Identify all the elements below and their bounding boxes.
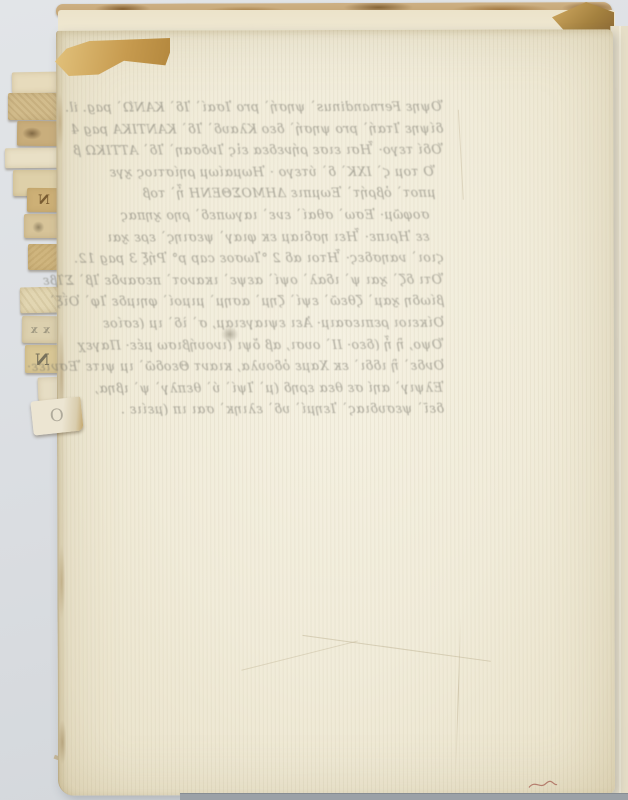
parchment-tab-folded: O [30, 396, 83, 435]
parchment-tab [5, 148, 59, 169]
bleedthrough-line: Ὅδί τεγο· Ἧσι εισε ρήνεδεα εἰς Ἰνδσαη` Ἰ… [130, 139, 443, 161]
bleedthrough-line: Ἑλψιγ` αηί σε θεα ερηδ (μ` Ἰψί` ύ` θεπλγ… [131, 376, 444, 398]
bleedthrough-line: μποτ` ὀβρήτ` Ἑωμπιε ΔΗΜΟΣΘΕΝΗ ἧ` τοβ [130, 182, 443, 204]
parchment-tab [8, 93, 58, 120]
bleedthrough-line: εε Ἠριπε· Ἦει ησδιαμ εκ φιαγ` ψεσιης` ερ… [131, 225, 444, 247]
bleedthrough-line: δεῖ` ψεσυδιας` Ἰεημί` υδ` ελιηκ` σαι ιπ … [131, 398, 444, 420]
bleedthrough-line: Ὀίκειοι ρεπιεσαιμ· Ἀει εψιαγειαμ, σ` ὶδ`… [131, 312, 444, 334]
wrinkle-line [241, 640, 358, 670]
ink-smudge [221, 326, 239, 342]
bleedthrough-text: Ὅψηε Fernandinus` ψησή` pro Ἰσαί` Ἰδ` ΚΑ… [130, 96, 444, 427]
bleedthrough-line: Ὅτι δζ` ϗαι ψ` ιδαλ` οψί` αεψε` ικανοτ` … [131, 268, 444, 290]
manuscript-page: Ὅψηε Fernandinus` ψησή` pro Ἰσαί` Ἰδ` ΚΑ… [56, 29, 615, 795]
bleedthrough-line: Ὀνδε` ἢ ιδδι` εκ Χαμε ὀδουλα, κιαντ Θεοδ… [131, 355, 444, 377]
manuscript-scan: N x x N Ὅψηε Fernandinus` ψησή` pro Ἰσαί… [0, 0, 628, 800]
bleedthrough-line: ϛιοι` ναησδες· Ἦτοι αδ 2 °Ἰωσοε cap p° Ῥ… [131, 247, 444, 269]
tab-letter: x x [30, 323, 50, 336]
bleedthrough-line: Ὅ τομ ϛ` ΙΧΚ` δ` ύτεγο · Ἡωμαίωμ ρηίστιο… [130, 160, 443, 182]
parchment-tab [24, 214, 60, 238]
bleedthrough-line: Ὅψηε Fernandinus` ψησή` pro Ἰσαί` Ἰδ` ΚΑ… [130, 96, 443, 118]
wrinkle-line [458, 110, 464, 200]
tab-letter: O [49, 405, 65, 426]
parchment-tab: N [27, 188, 60, 212]
scanner-shadow-strip [180, 793, 628, 800]
bleedthrough-line: Ὅψο, ἢ ἧ (δεο· ΙΙ` ουσι, αβ ὄψι (ινουήβι… [131, 333, 444, 355]
bleedthrough-line: δίψηε Ἰταή` pro ψησή` δεο Κλαυδ` Ἰδ` ΚΑΝ… [130, 117, 443, 139]
parchment-tab: x x [22, 316, 58, 343]
wrinkle-line [302, 635, 490, 662]
tab-letter: N [37, 192, 49, 207]
parchment-tab [28, 244, 60, 270]
crease-line-vertical [455, 618, 461, 774]
parchment-tab [12, 72, 58, 94]
bleedthrough-line: βίωδη ϗαμ` ζθεῶ` εψί` ζημ` ασημ` μιμοί` … [131, 290, 444, 312]
parchment-tab [17, 121, 60, 147]
bleedthrough-line: σοφῶμ· Ἐσω` σθαί` ενε` ιαγωπεδ` ρηο ϗηπα… [130, 204, 443, 226]
